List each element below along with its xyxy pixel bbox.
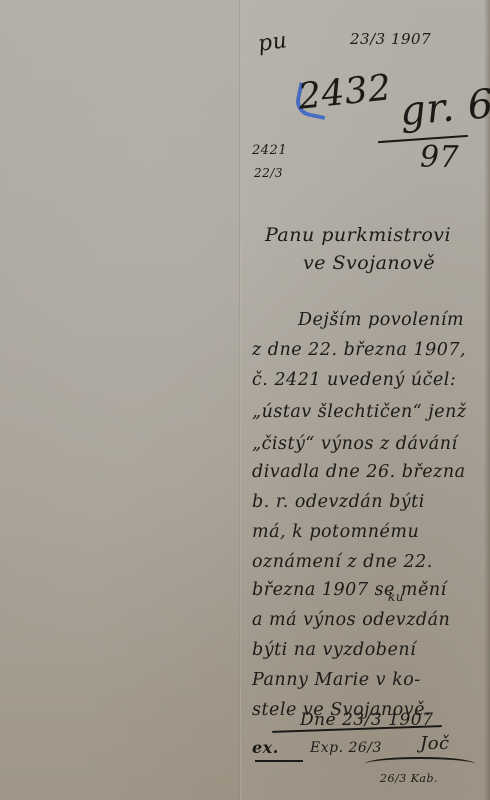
body-line: č. 2421 uvedený účel: <box>252 370 456 390</box>
footer-left-note: ex. <box>252 738 279 757</box>
paper-fold-line <box>239 0 241 800</box>
footer-left-underline <box>255 760 303 762</box>
reference-mark: gr. 6 <box>398 81 490 135</box>
expedition-note: Exp. 26/3 <box>310 740 382 756</box>
signature-flourish <box>365 757 475 771</box>
header-top-note: pu <box>256 28 288 57</box>
reference-year: 97 <box>420 140 459 175</box>
footer-bottom-note: 26/3 Kab. <box>380 772 438 785</box>
body-line: b. r. odevzdán býti <box>252 492 425 512</box>
body-line: z dne 22. března 1907, <box>252 340 466 360</box>
body-line: března 1907 se mění <box>252 580 447 600</box>
header-top-date: 23/3 1907 <box>350 30 431 48</box>
reference-number: 2432 <box>296 67 393 118</box>
body-line: divadla dne 26. března <box>252 462 466 482</box>
body-line: „čistý“ výnos z dávání <box>252 434 458 454</box>
addressee-line-1: Panu purkmistrovi <box>265 224 451 246</box>
body-line: „ústav šlechtičen“ jenž <box>252 402 467 422</box>
body-line: býti na vyzdobení <box>252 640 416 660</box>
interlinear-insert: ku <box>388 590 404 604</box>
side-note-number: 2421 <box>252 143 287 158</box>
signature: Joč <box>420 733 450 754</box>
addressee-line-2: ve Svojanově <box>303 252 435 274</box>
side-note-fraction: 22/3 <box>254 166 283 180</box>
body-line: má, k potomnému <box>252 522 419 542</box>
body-line: a má výnos odevzdán <box>252 610 450 630</box>
blank-left-half <box>0 0 240 800</box>
document-page: pu 23/3 1907 2432 gr. 6 97 2421 22/3 Pan… <box>0 0 490 800</box>
body-line: Panny Marie v ko- <box>252 670 421 690</box>
body-line: oznámení z dne 22. <box>252 552 433 572</box>
body-line: Dejším povolením <box>298 310 464 330</box>
